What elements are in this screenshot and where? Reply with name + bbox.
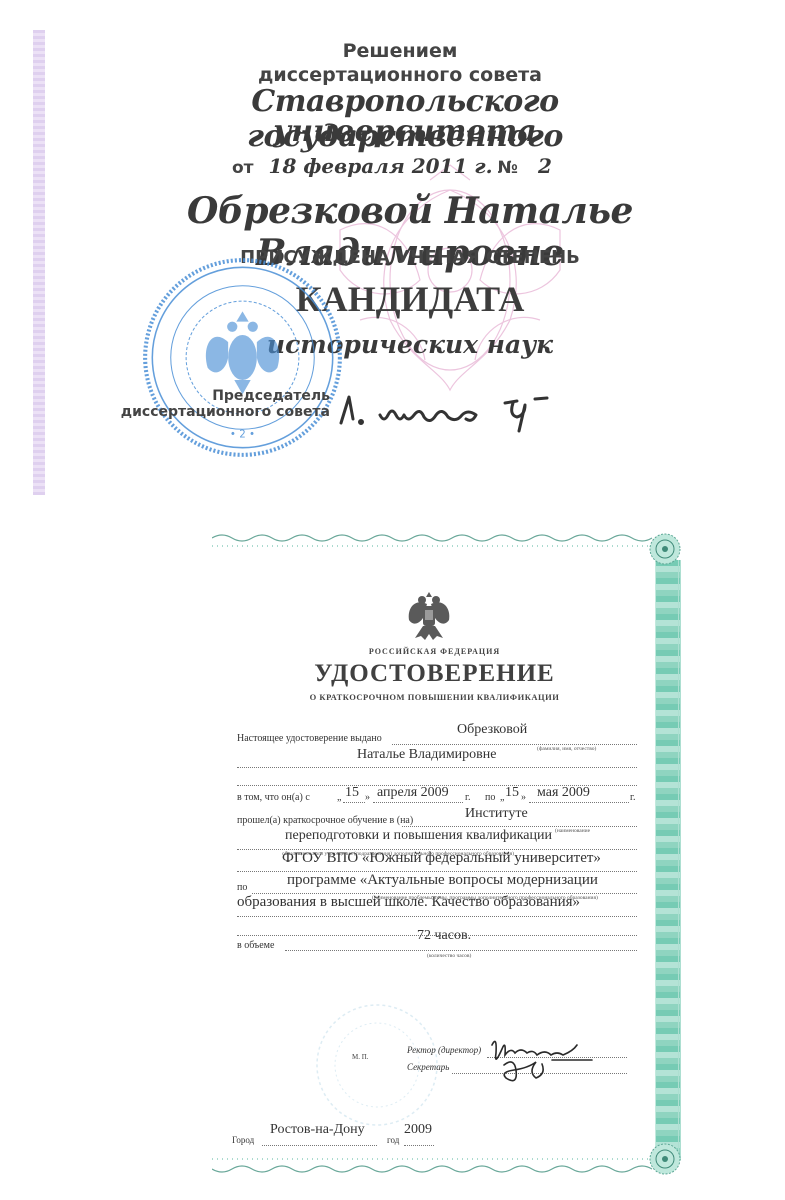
period-to-month-year: мая 2009 [537,785,590,801]
institution-name-1: Институте [465,806,528,822]
seal-placeholder: М. П. [352,1053,369,1061]
decision-number: 2 [538,154,552,178]
decision-date-line: от 18 февраля 2011 г. № 2 [232,154,632,179]
rector-signature-icon [482,1030,632,1090]
rosette-ornament-icon [648,532,682,566]
year-suffix: г. [630,792,635,803]
ornamental-border-top-icon [212,530,657,552]
lilac-edge-strip [33,30,45,495]
round-stamp-icon: • 2 • [140,255,345,460]
chair-council-label: диссертационного совета [110,404,330,420]
period-from-month-year: апреля 2009 [377,785,449,801]
program-label: по [237,882,247,893]
issued-to-row: Настоящее удостоверение выдано Обрезково… [237,733,627,744]
certificate-title: УДОСТОВЕРЕНИЕ [212,660,657,688]
university-name-line2: университета [250,114,560,149]
recipient-surname: Обрезковой [457,722,527,738]
council-label: диссертационного совета [200,64,600,86]
period-label: в том, что он(а) с [237,792,310,803]
period-to-day: 15 [505,785,519,801]
year-suffix: г. [465,792,470,803]
date-prefix: от [232,158,254,178]
certificate-subtitle: О КРАТКОСРОЧНОМ ПОВЫШЕНИИ КВАЛИФИКАЦИИ [212,692,657,702]
rector-label: Ректор (директор) [407,1045,481,1055]
ornamental-border-bottom-icon [212,1155,657,1177]
training-label: прошел(а) краткосрочное обучение в (на) [237,815,413,826]
recipient-given-names: Наталье Владимировне [357,747,497,763]
ornamental-border-right [655,560,681,1160]
number-label: № [498,158,518,178]
hours-value: 72 часов. [417,928,471,944]
chair-label: Председатель [170,388,330,404]
city-year-row: Город Ростов-на-Дону год 2009 [232,1135,622,1146]
program-name-2: образования в высшей школе. Качество обр… [237,894,580,911]
chair-signature-icon [335,385,585,445]
program-row: по программе «Актуальные вопросы модерни… [237,882,627,893]
year-value: 2009 [404,1122,432,1138]
volume-label: в объеме [237,940,274,951]
rosette-ornament-icon [648,1142,682,1176]
double-headed-eagle-icon [405,590,453,642]
svg-text:• 2 •: • 2 • [230,428,255,440]
decision-heading: Решением [250,40,550,62]
country-label: РОССИЙСКАЯ ФЕДЕРАЦИЯ [212,647,657,656]
program-name-1: программе «Актуальные вопросы модернизац… [287,872,598,889]
institution-row: прошел(а) краткосрочное обучение в (на) … [237,815,627,826]
institution-name-2: переподготовки и повышения квалификации [285,828,552,844]
institution-caption: (наименование [555,828,590,834]
period-to-label: по [485,792,495,803]
name-caption: (фамилия, имя, отчество) [537,746,596,752]
secretary-label: Секретарь [407,1062,449,1072]
institution-name-3: ФГОУ ВПО «Южный федеральный университет» [282,850,601,867]
year-label: год [387,1135,399,1145]
city-value: Ростов-на-Дону [270,1122,365,1138]
hours-caption: (количество часов) [427,953,471,959]
period-row: в том, что он(а) с „ 15 » апреля 2009 г.… [237,792,627,803]
decision-date: 18 февраля 2011 г. [269,154,493,178]
volume-row: в объеме 72 часов. (количество часов) [237,940,627,951]
city-label: Город [232,1135,254,1145]
period-from-day: 15 [345,785,359,801]
issued-to-label: Настоящее удостоверение выдано [237,733,382,744]
qualification-certificate: РОССИЙСКАЯ ФЕДЕРАЦИЯ УДОСТОВЕРЕНИЕ О КРА… [212,530,682,1190]
